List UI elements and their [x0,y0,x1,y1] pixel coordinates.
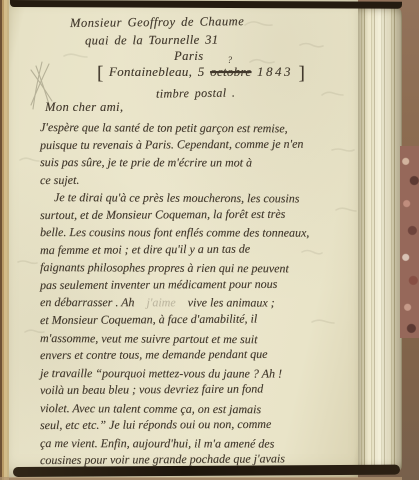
address-line-recipient: Monsieur Geoffroy de Chaume [70,14,244,31]
book-fore-edge-pages [358,6,402,471]
dateline-open-bracket: [ [97,63,103,84]
address-line-street: quai de la Tournelle 31 [85,33,219,49]
letter-body: J'espère que la santé de ton petit garço… [40,119,358,470]
letter-page: Monsieur Geoffroy de Chaume quai de la T… [9,0,358,478]
letter-line: et Monsieur Coqueman, à face d'amabilité… [40,310,358,330]
letter-line: puisque tu revenais à Paris. Cependant, … [40,135,358,154]
letter-line: ma femme et moi ; et dire qu'il y a un t… [40,240,358,260]
dateline-year: 1843 [257,64,293,79]
dateline-place-day: Fontainebleau, 5 [109,64,205,79]
letter-line: pas seulement inventer un médicament pou… [40,275,358,294]
dateline-struck-month: octobre ? [210,64,251,80]
letter-line: ce sujet. [40,169,358,189]
dateline: [ Fontainebleau, 5 octobre ? 1843 ] [97,63,305,85]
postmark-note: timbre postal . [156,85,235,101]
book-spine-edge [0,0,9,480]
salutation: Mon cher ami, [45,100,123,115]
dateline-close-bracket: ] [299,63,305,84]
dateline-question-mark: ? [227,55,232,65]
manuscript-photo: Monsieur Geoffroy de Chaume quai de la T… [0,0,419,480]
address-line-city: Paris [174,49,204,64]
marbled-cover-edge [400,146,419,338]
erased-word: j'aime [146,296,175,310]
letter-line: voilà un beau bleu ; vous devriez faire … [40,380,358,400]
letter-line: envers et contre tous, me demande pendan… [40,345,358,364]
letter-line: surtout, et de Monsieur Coqueman, la for… [40,205,358,224]
letter-line: seul, etc etc.” Je lui réponds oui ou no… [40,416,358,435]
